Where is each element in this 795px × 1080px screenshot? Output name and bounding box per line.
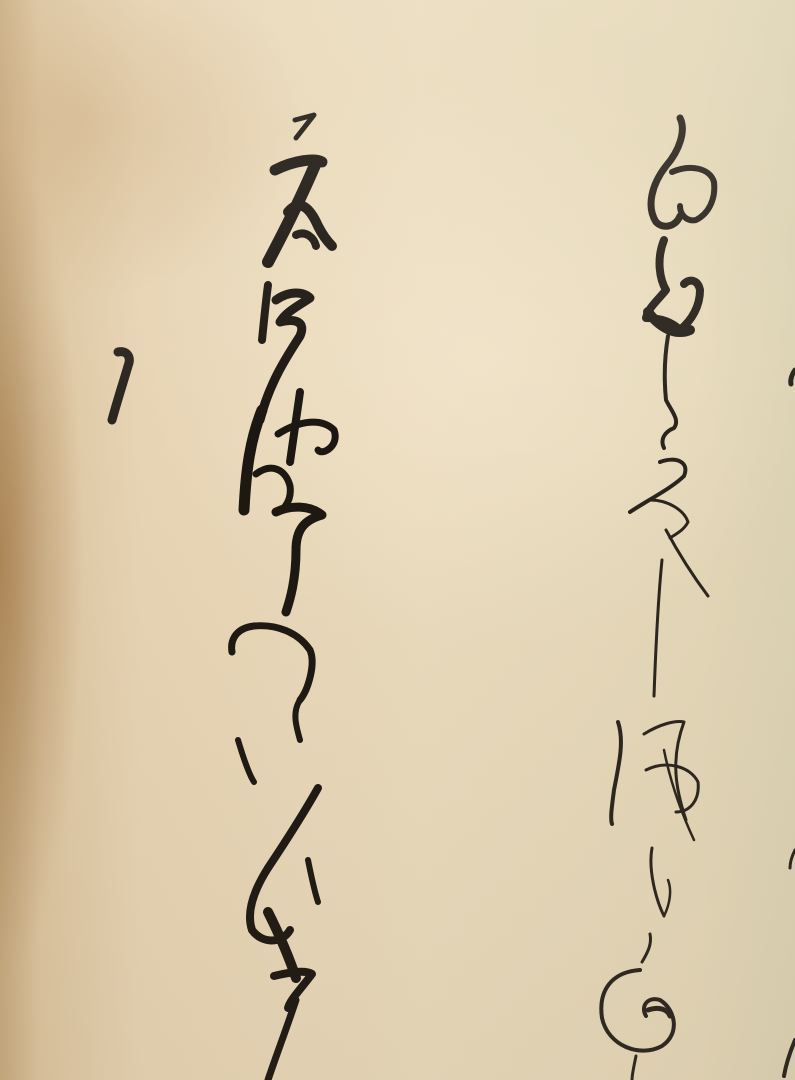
left-column-characters xyxy=(232,115,336,1080)
edge-strokes xyxy=(784,370,795,1076)
calligraphy-ink xyxy=(0,0,795,1080)
ink-blot xyxy=(112,352,129,420)
aged-paper-photo xyxy=(0,0,795,1080)
right-column-characters xyxy=(601,118,714,1080)
